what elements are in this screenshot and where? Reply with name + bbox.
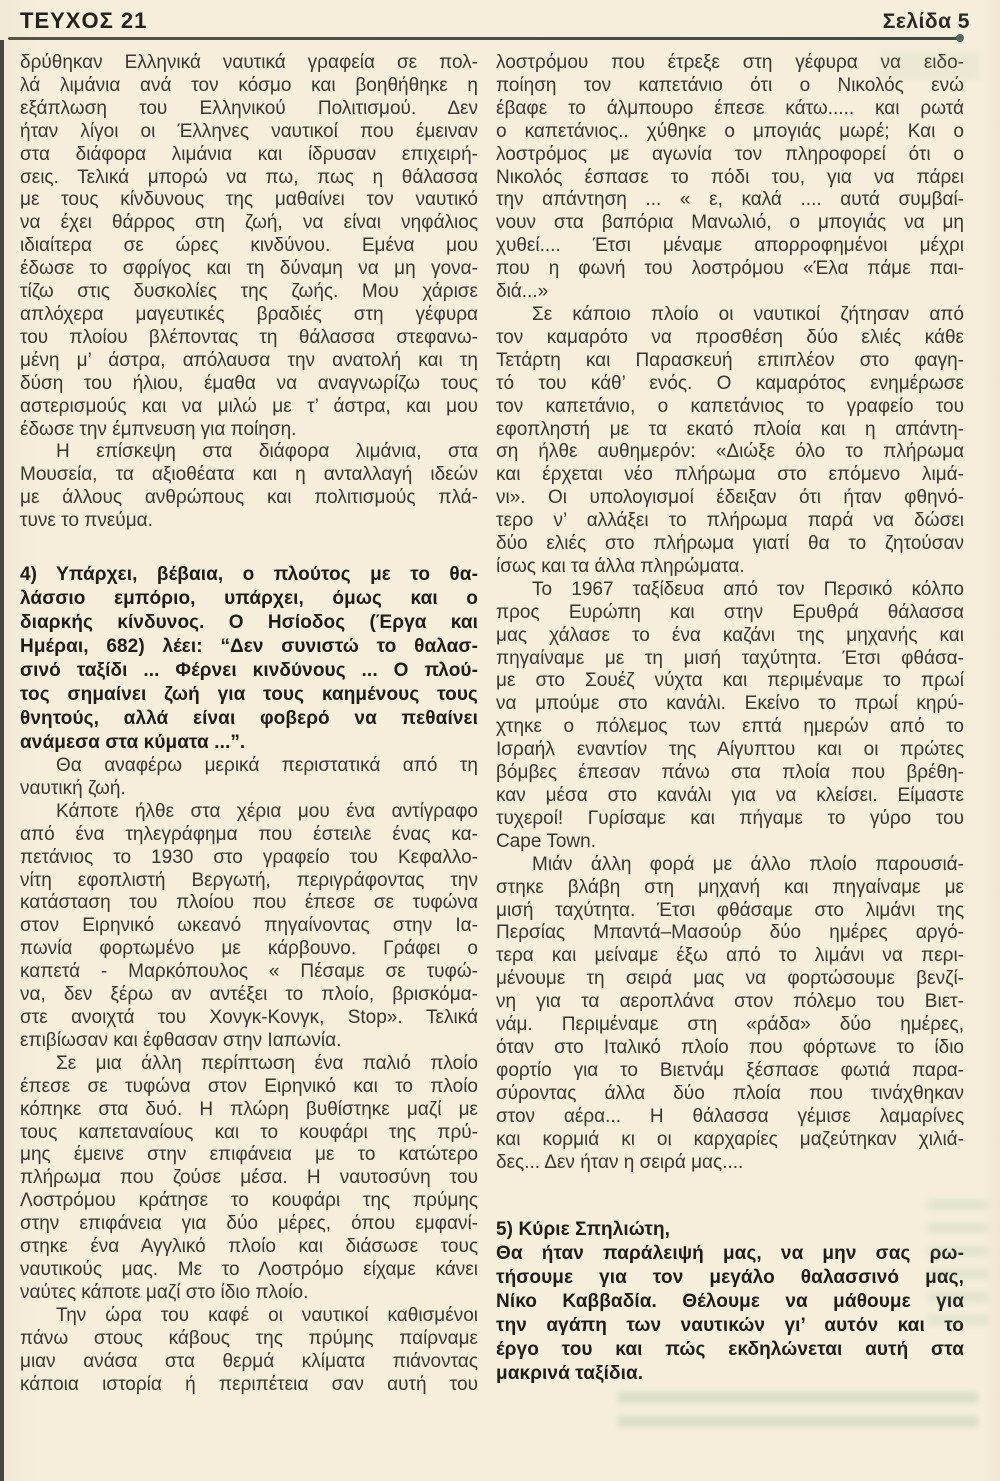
heading-paragraph: Θα ήταν παράλειψή μας, να μην σας ρω-τήσ… — [496, 1242, 964, 1386]
text-line: τερα και μείναμε έξω από το λιμάνι να πε… — [496, 945, 964, 968]
text-line: λάσσιο εμπόριο, υπάρχει, όμως και ο — [20, 587, 478, 611]
text-line: Cape Town. — [496, 831, 964, 854]
text-line: διαρκής κίνδυνος. Ο Ησίοδος (Έργα και — [20, 611, 478, 635]
text-line: θνητούς, αλλά είναι φοβερό να πεθαίνει — [20, 707, 478, 731]
text-line: Τετάρτη και Παρασκευή επιπλέον στο φαγη- — [496, 350, 964, 373]
text-line: πετάνιος το 1930 στο γραφείο του Κεφαλλο… — [20, 847, 478, 870]
text-line: με άλλους ανθρώπους και πολιτισμούς πλά- — [20, 487, 478, 510]
text-line: τήσουμε για τον μεγάλο θαλασσινό μας, — [496, 1266, 964, 1290]
text-line: Το 1967 ταξίδευα από τον Περσικό κόλπο — [496, 579, 964, 602]
text-line: χτηκε ο πόλεμος των επτά ημερών από το — [496, 716, 964, 739]
scan-edge-shadow — [0, 40, 4, 1481]
text-line: λοστρόμου που έτρεξε στη γέφυρα να ειδο- — [496, 52, 964, 75]
text-line: τυχεροί! Γυρίσαμε και πήγαμε το γύρο του — [496, 808, 964, 831]
text-line: καν μέσα στο κανάλι για να κλείσει. Είμα… — [496, 785, 964, 808]
heading-paragraph: 5) Κύριε Σπηλιώτη, — [496, 1218, 964, 1242]
header-rule-end-dot — [956, 34, 964, 42]
text-line: Κάποτε ήλθε στα χέρια μου ένα αντίγραφο — [20, 801, 478, 824]
text-line: μης έμεινε στην επιφάνεια με το κατώτερο — [20, 1144, 478, 1167]
text-line: από ένα τηλεγράφημα που έστειλε ένας κα- — [20, 824, 478, 847]
text-line: εφοπληστή με τα εκατό πλοία και η απάντη… — [496, 419, 964, 442]
text-line: Ημέραι, 682) λέει: “Δεν συνιστώ το θαλασ… — [20, 635, 478, 659]
text-line: στηκε βλάβη στη μηχανή και πηγαίναμε με — [496, 877, 964, 900]
page-header: ΤΕΥΧΟΣ 21 Σελίδα 5 — [20, 8, 970, 34]
text-line: στον Ειρηνικό ωκεανό πηγαίνοντας στην Ια… — [20, 915, 478, 938]
text-line: νάμ. Περιμέναμε στη «ράδα» δύο ημέρες, — [496, 1014, 964, 1037]
text-line: 4) Υπάρχει, βέβαια, ο πλούτος με το θα- — [20, 563, 478, 587]
text-line: ναυτική ζωή. — [20, 778, 478, 801]
text-line: έπεσε σε τυφώνα στον Ειρηνικό και το πλο… — [20, 1076, 478, 1099]
text-line: ση ήλθε αυθημερόν: «Διώξε όλο το πλήρωμα — [496, 441, 964, 464]
text-line: μένουμε τη σειρά μας να φορτώσουμε βενζί… — [496, 968, 964, 991]
body-paragraph: Κάποτε ήλθε στα χέρια μου ένα αντίγραφοα… — [20, 801, 478, 1053]
text-line: μισή ταχύτητα. Έτσι φθάσαμε στο λιμάνι τ… — [496, 900, 964, 923]
text-line: χυθεί.... Έτσι μέναμε απορροφημένοι μέχρ… — [496, 235, 964, 258]
text-line: επιβίωσαν και έφθασαν στην Ιαπωνία. — [20, 1030, 478, 1053]
text-line: εξάπλωση του Ελληνικού Πολιτισμού. Δεν — [20, 98, 478, 121]
issue-label: ΤΕΥΧΟΣ 21 — [20, 8, 147, 34]
text-line: τος σημαίνει ζωή για τους καημένους τους — [20, 683, 478, 707]
text-line: Σε μια άλλη περίπτωση ένα παλιό πλοίο — [20, 1053, 478, 1076]
text-line: ίσως και τα άλλα πληρώματα. — [496, 556, 964, 579]
body-paragraph: Σε κάποιο πλοίο οι ναυτικοί ζήτησαν απότ… — [496, 304, 964, 579]
left-text-column: δρύθηκαν Ελληνικά ναυτικά γραφεία σε πολ… — [20, 52, 478, 1396]
text-line: Λοστρόμου κράτησε το κουφάρι της πρύμης — [20, 1190, 478, 1213]
text-line: να έχει θάρρος στη ζωή, να είναι νηφάλιο… — [20, 212, 478, 235]
text-line: πηγαίναμε με τη μισή ταχύτητα. Έτσι φθάσ… — [496, 648, 964, 671]
text-line: να μπούμε στο κανάλι. Εκείνο το πρωί κηρ… — [496, 693, 964, 716]
text-line: κόπηκε στα δυό. Η πλώρη βυθίστηκε μαζί μ… — [20, 1099, 478, 1122]
text-line: έβαφε το άλμπουρο έπεσε κάτω..... και ρω… — [496, 98, 964, 121]
body-paragraph: Το 1967 ταξίδευα από τον Περσικό κόλποπρ… — [496, 579, 964, 854]
text-line: νι». Οι υπολογισμοί έδειξαν ότι ήταν φθη… — [496, 487, 964, 510]
text-line: ναύτες κάποτε μαζί στο ίδιο πλοίο. — [20, 1282, 478, 1305]
text-line: σεις. Τελικά μπορώ να πω, πως η θάλασσα — [20, 167, 478, 190]
text-line: στε ανοιχτά του Χονγκ-Κονγκ, Stop». Τελι… — [20, 1007, 478, 1030]
text-line: έδωσε το σφρίγος και τη δύναμη να μη γον… — [20, 258, 478, 281]
body-paragraph: Η επίσκεψη στα διάφορα λιμάνια, σταΜουσε… — [20, 441, 478, 533]
text-line: 5) Κύριε Σπηλιώτη, — [496, 1218, 964, 1242]
text-line: να, δεν ξέρω αν αντέξει το πλοίο, βρισκό… — [20, 984, 478, 1007]
text-line: ναυτικούς μας. Με το Λοστρόμο είχαμε κάν… — [20, 1259, 478, 1282]
text-line: τυνε το πνεύμα. — [20, 510, 478, 533]
text-line: στα διάφορα λιμάνια και ίδρυσαν επιχειρή… — [20, 144, 478, 167]
text-line: καπετά - Μαρκόπουλος « Πέσαμε σε τυφώ- — [20, 961, 478, 984]
text-line: έργο του και πώς εκδηλώνεται αυτή στα — [496, 1338, 964, 1362]
text-line: λά λιμάνια ανά τον κόσμο και βοηθήθηκε η — [20, 75, 478, 98]
text-line: πωνία φορτωμένο με κάρβουνο. Γράφει ο — [20, 938, 478, 961]
text-line: και έρχεται νέο πλήρωμα στο επόμενο λιμά… — [496, 464, 964, 487]
text-line: όταν στο Ιταλικό πλοίο που φόρτωνε το ίδ… — [496, 1037, 964, 1060]
body-paragraph: δρύθηκαν Ελληνικά ναυτικά γραφεία σε πολ… — [20, 52, 478, 441]
text-line: τον καμαρότο να προσθέση δύο ελιές κάθε — [496, 327, 964, 350]
text-line: κατάσταση του πλοίου που έπεσε σε τυφώνα — [20, 892, 478, 915]
text-line: απλόχερα μαγευτικές βραδιές στη γέφυρα — [20, 304, 478, 327]
text-line: Νικολός έσπασε το πόδι του, για να πάρει — [496, 167, 964, 190]
scanned-magazine-page: ΤΕΥΧΟΣ 21 Σελίδα 5 δρύθηκαν Ελληνικά ναυ… — [0, 0, 1000, 1481]
text-line: ποίηση τον καπετάνιο ότι ο Νικολός ενώ — [496, 75, 964, 98]
text-line: ανάμεσα στα κύματα ...”. — [20, 731, 478, 755]
text-line: Θα αναφέρω μερικά περιστατικά από τη — [20, 755, 478, 778]
heading-paragraph: 4) Υπάρχει, βέβαια, ο πλούτος με το θα-λ… — [20, 563, 478, 755]
right-text-column: λοστρόμου που έτρεξε στη γέφυρα να ειδο-… — [496, 52, 964, 1386]
text-line: Περσίας Μπαντά–Μασούρ δύο ημέρες αργό- — [496, 922, 964, 945]
text-line: και κορμιά κι οι καρχαρίες μαζεύτηκαν χι… — [496, 1129, 964, 1152]
text-line: δύο ελιές στο πλήρωμα γιατί θα το ζητούσ… — [496, 533, 964, 556]
text-line: Θα ήταν παράλειψή μας, να μην σας ρω- — [496, 1242, 964, 1266]
text-line: τό του κάθ’ ενός. Ο καμαρότος ενημέρωσε — [496, 373, 964, 396]
text-line: νη για τα αεροπλάνα στον πόλεμο του Βιετ… — [496, 991, 964, 1014]
header-rule — [8, 37, 958, 40]
text-line: με τους κίνδυνους της μαθαίνει τον ναυτι… — [20, 189, 478, 212]
body-paragraph: λοστρόμου που έτρεξε στη γέφυρα να ειδο-… — [496, 52, 964, 304]
text-line: στον αέρα... Η θάλασσα γέμισε λαμαρίνες — [496, 1106, 964, 1129]
text-line: τους καπεταναίους και το κουφάρι της πρύ… — [20, 1122, 478, 1145]
text-line: βόμβες έπεσαν πάνω στα πλοία που βρέθη- — [496, 762, 964, 785]
text-line: ιδιαίτερα σε ώρες κινδύνου. Εμένα μου — [20, 235, 478, 258]
text-line: Μουσεία, τα αξιοθέατα και η ανταλλαγή ιδ… — [20, 464, 478, 487]
text-line: Σε κάποιο πλοίο οι ναυτικοί ζήτησαν από — [496, 304, 964, 327]
text-line: αστερισμούς και να μιλώ με τ’ άστρα, και… — [20, 396, 478, 419]
text-line: που η φωνή του λοστρόμου «Έλα πάμε παι- — [496, 258, 964, 281]
text-line: Ισραήλ εναντίον της Αίγυπτου και οι πρώτ… — [496, 739, 964, 762]
text-line: μας χάλασε το ένα καζάνι της μηχανής και — [496, 625, 964, 648]
text-line: την αγάπη των ναυτικών γι’ αυτόν και το — [496, 1314, 964, 1338]
text-line: προς Ευρώπη και στην Ερυθρά θάλασσα — [496, 602, 964, 625]
text-line: Μιάν άλλη φορά με άλλο πλοίο παρουσιά- — [496, 854, 964, 877]
body-paragraph: Σε μια άλλη περίπτωση ένα παλιό πλοίοέπε… — [20, 1053, 478, 1305]
text-line: πάνω στους κάβους της πρύμης παίρναμε — [20, 1328, 478, 1351]
bleed-through-artifact — [618, 1392, 978, 1434]
text-line: νίτη εφοπλιστή Βεργωτή, περιγράφοντας τη… — [20, 870, 478, 893]
text-line: κάποια ιστορία ή περιπέτεια σαν αυτή του — [20, 1374, 478, 1397]
text-line: του πλοίου βλέποντας τη θάλασσα στεφανω- — [20, 327, 478, 350]
text-line: στηκε ένα Αγγλικό πλοίο και διάσωσε τους — [20, 1236, 478, 1259]
page-number-label: Σελίδα 5 — [883, 10, 970, 34]
text-line: ο καπετάνιος.. χύθηκε ο μπογιάς μωρέ; Κα… — [496, 121, 964, 144]
text-line: φορτίο για το Βιετνάμ ξέσπασε φωτιά παρα… — [496, 1060, 964, 1083]
text-line: δρύθηκαν Ελληνικά ναυτικά γραφεία σε πολ… — [20, 52, 478, 75]
text-line: μιαν ανάσα στα θερμά κλίματα πιάνοντας — [20, 1351, 478, 1374]
text-line: μακρινά ταξίδια. — [496, 1362, 964, 1386]
text-line: με στο Σουέζ νύχτα και περιμέναμε το πρω… — [496, 670, 964, 693]
text-line: λοστρόμος με αγωνία τον πληροφορεί ότι ο — [496, 144, 964, 167]
body-paragraph: Την ώρα του καφέ οι ναυτικοί καθισμένοιπ… — [20, 1305, 478, 1397]
text-line: Νίκο Καββαδία. Θέλουμε να μάθουμε για — [496, 1290, 964, 1314]
text-line: στην επιφάνεια για δύο μέρες, όπου εμφαν… — [20, 1213, 478, 1236]
text-line: τερο ν’ αλλάξει το πλήρωμα παρά να δώσει — [496, 510, 964, 533]
text-line: ήταν λίγοι οι Έλληνες ναυτικοί που έμειν… — [20, 121, 478, 144]
text-line: νουν στα βαπόρια Μανωλιό, ο μπογιάς να μ… — [496, 212, 964, 235]
text-line: διά...» — [496, 281, 964, 304]
text-line: τον καπετάνιο, ο καπετάνιος το γραφείο τ… — [496, 396, 964, 419]
text-line: έδωσε την έμπνευση για ποίηση. — [20, 419, 478, 442]
text-line: τίζω στις δυσκολίες της ζωής. Μου χάρισε — [20, 281, 478, 304]
text-line: σινό ταξίδι ... Φέρνει κινδύνους ... Ο π… — [20, 659, 478, 683]
text-line: πλήρωμα που ζούσε μέσα. Η ναυτοσύνη του — [20, 1167, 478, 1190]
text-line: δες... Δεν ήταν η σειρά μας.... — [496, 1152, 964, 1175]
text-line: Η επίσκεψη στα διάφορα λιμάνια, στα — [20, 441, 478, 464]
text-line: σύροντας άλλα δύο πλοία που τινάχθηκαν — [496, 1083, 964, 1106]
text-line: την απάντηση ... « ε, καλά .... αυτά συμ… — [496, 189, 964, 212]
text-line: δύση του ήλιου, έμαθα να αναγνωρίζω τους — [20, 373, 478, 396]
text-line: μένη μ’ άστρα, απόλαυσα την ανατολή και … — [20, 350, 478, 373]
body-paragraph: Θα αναφέρω μερικά περιστατικά από τηναυτ… — [20, 755, 478, 801]
body-paragraph: Μιάν άλλη φορά με άλλο πλοίο παρουσιά-στ… — [496, 854, 964, 1175]
text-line: Την ώρα του καφέ οι ναυτικοί καθισμένοι — [20, 1305, 478, 1328]
